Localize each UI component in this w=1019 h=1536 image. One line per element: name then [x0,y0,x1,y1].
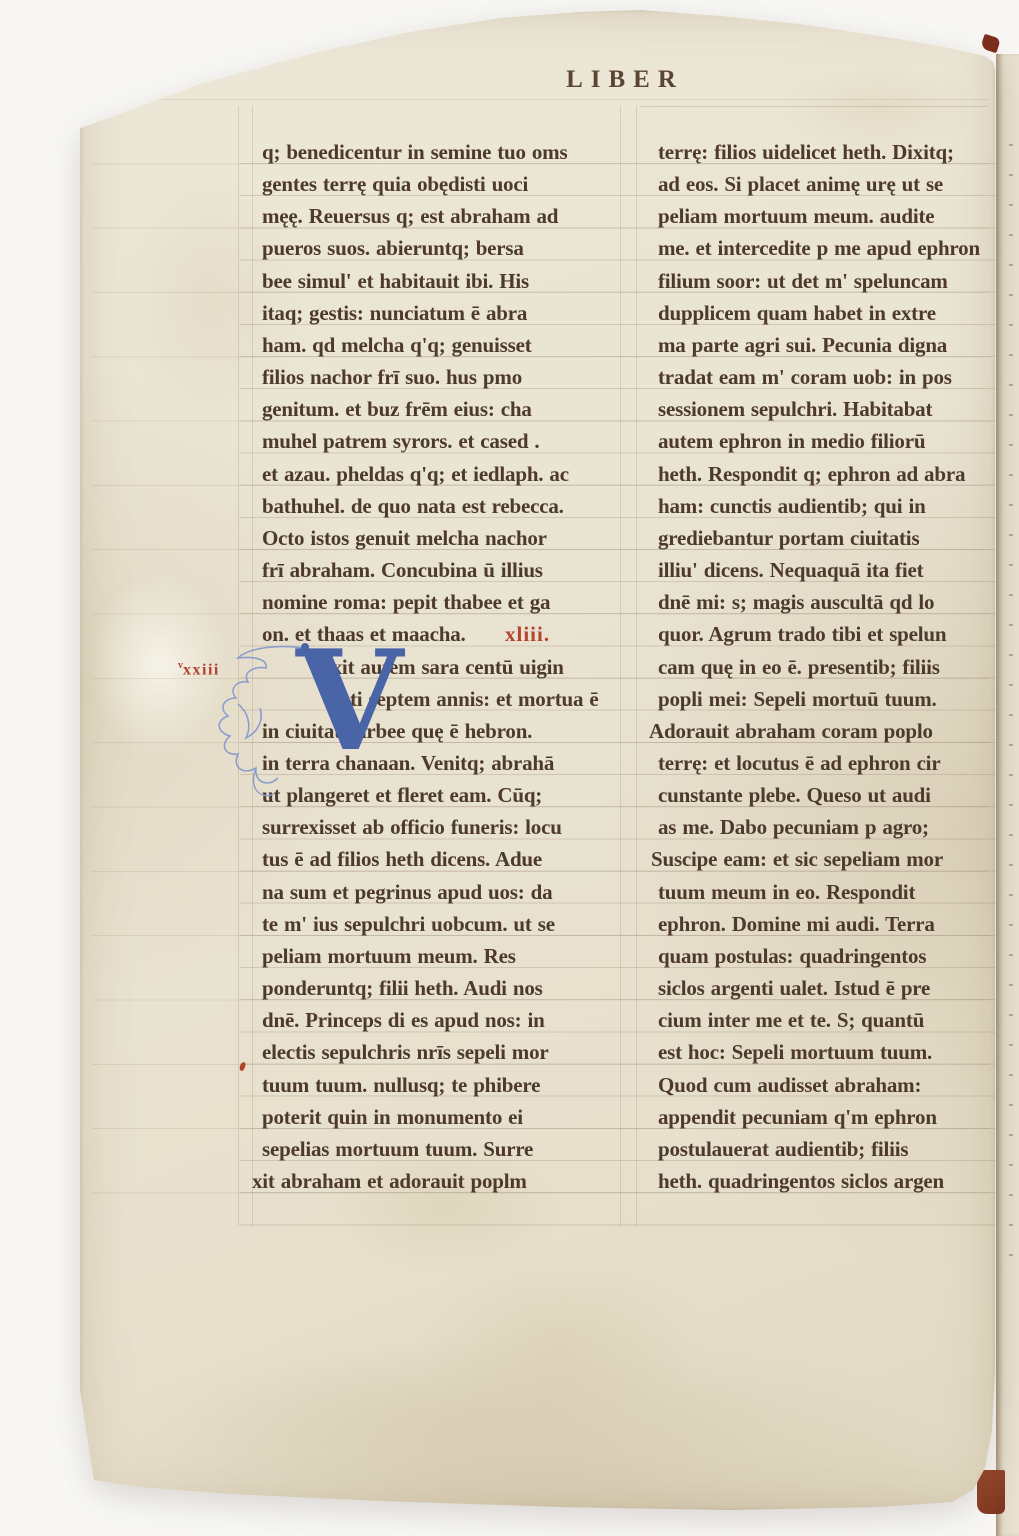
text-line: peliam mortuum meum. Res [262,940,612,972]
text-line: sepelias mortuum tuum. Surre [262,1133,612,1165]
text-line: frī abraham. Concubina ū illius [262,554,612,586]
text-line: electis sepulchris nrīs sepeli mor [262,1036,612,1068]
text-line: bee simul' et habitauit ibi. His [262,265,612,297]
next-folio-text-specks [1009,144,1013,1274]
text-line: q; benedicentur in semine tuo oms [262,136,612,168]
text-line: quor. Agrum trado tibi et spelun [658,618,1010,650]
text-line: itaq; gestis: nunciatum ē abra [262,297,612,329]
text-line: grediebantur portam ciuitatis [658,522,1010,554]
text-line: cunstante plebe. Queso ut audi [658,779,1010,811]
right-text-column: terrę: filios uidelicet heth. Dixitq;ad … [658,136,1010,1197]
text-line: heth. Respondit q; ephron ad abra [658,458,1010,490]
text-line: et azau. pheldas q'q; et iedlaph. ac [262,458,612,490]
text-line: muhel patrem syrors. et cased . [262,425,612,457]
vertical-ruling [620,106,621,1226]
text-line: filium soor: ut det m' speluncam [658,265,1010,297]
text-line: quam postulas: quadringentos [658,940,1010,972]
text-line: est hoc: Sepeli mortuum tuum. [658,1036,1010,1068]
text-line: siclos argenti ualet. Istud ē pre [658,972,1010,1004]
text-line: dnē mi: s; magis auscultā qd lo [658,586,1010,618]
text-line: sessionem sepulchri. Habitabat [658,393,1010,425]
parchment-page: Liber q; benedicentur in semine tuo omsg… [80,10,995,1510]
text-line: autem ephron in medio filiorū [658,425,1010,457]
illuminated-initial-v: V [208,638,438,808]
text-line: ham. qd melcha q'q; genuisset [262,329,612,361]
text-line: terrę: filios uidelicet heth. Dixitq; [658,136,1010,168]
stain [400,1250,720,1430]
text-line: as me. Dabo pecuniam p agro; [658,811,1010,843]
text-line: gentes terrę quia obędisti uoci [262,168,612,200]
text-line: Suscipe eam: et sic sepeliam mor [651,843,1010,875]
text-line: te m' ius sepulchri uobcum. ut se [262,908,612,940]
text-line: poterit quin in monumento ei [262,1101,612,1133]
text-line: heth. quadringentos siclos argen [658,1165,1010,1197]
stain [170,1340,790,1500]
text-line: tradat eam m' coram uob: in pos [658,361,1010,393]
text-line: terrę: et locutus ē ad ephron cir [658,747,1010,779]
text-line: appendit pecuniam q'm ephron [658,1101,1010,1133]
binding-mark-bottom [977,1470,1005,1514]
text-line: cam quę in eo ē. presentib; filiis [658,651,1010,683]
text-line: pueros suos. abieruntq; bersa [262,232,612,264]
text-line: ponderuntq; filii heth. Audi nos [262,972,612,1004]
chapter-numeral-inline: xliii. [505,618,550,650]
running-title: Liber [535,66,715,94]
text-line: peliam mortuum meum. audite [658,200,1010,232]
text-line: Adorauit abraham coram poplo [649,715,1010,747]
text-line: ephron. Domine mi audi. Terra [658,908,1010,940]
initial-letter: V [296,632,403,770]
text-line: ma parte agri sui. Pecunia digna [658,329,1010,361]
text-line: tuum tuum. nullusq; te phibere [262,1069,612,1101]
text-line: filios nachor frī suo. hus pmo [262,361,612,393]
text-line: popli mei: Sepeli mortuū tuum. [658,683,1010,715]
header-ruling-line [640,106,988,107]
text-line: tus ē ad filios heth dicens. Adue [262,843,612,875]
text-line: dnē. Princeps di es apud nos: in [262,1004,612,1036]
manuscript-photo: Liber q; benedicentur in semine tuo omsg… [0,0,1019,1536]
text-line: na sum et pegrinus apud uos: da [262,876,612,908]
text-line: Octo istos genuit melcha nachor [262,522,612,554]
vertical-ruling [636,106,637,1226]
text-line: xit abraham et adorauit poplm [252,1165,612,1197]
text-line: męę. Reuersus q; est abraham ad [262,200,612,232]
text-line: genitum. et buz frēm eius: cha [262,393,612,425]
text-line: bathuhel. de quo nata est rebecca. [262,490,612,522]
text-line: tuum meum in eo. Respondit [658,876,1010,908]
text-line: ham: cunctis audientib; qui in [658,490,1010,522]
text-line: postulauerat audientib; filiis [658,1133,1010,1165]
text-line: ad eos. Si placet animę urę ut se [658,168,1010,200]
binding-mark-top [980,34,1001,54]
next-folio-edge [996,54,1019,1536]
text-line: cium inter me et te. S; quantū [658,1004,1010,1036]
text-line: illiu' dicens. Nequaquā ita fiet [658,554,1010,586]
text-line: dupplicem quam habet in extre [658,297,1010,329]
text-line: me. et intercedite p me apud ephron [658,232,1010,264]
text-line: surrexisset ab officio funeris: locu [262,811,612,843]
text-line: Quod cum audisset abraham: [658,1069,1010,1101]
text-line: nomine roma: pepit thabee et ga [262,586,612,618]
